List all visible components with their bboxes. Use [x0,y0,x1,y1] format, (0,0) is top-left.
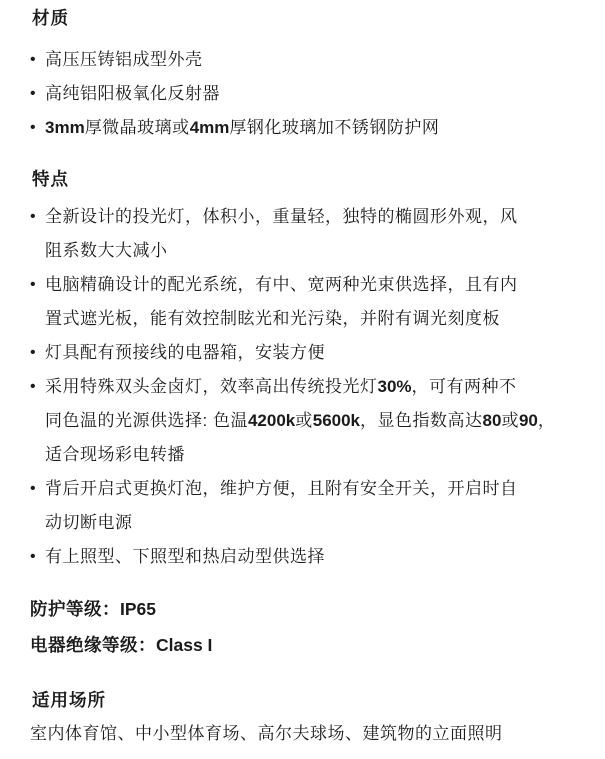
protection-rating-value: IP65 [120,599,156,619]
text-run: 电脑精确设计的配光系统，有中、宽两种光束供选择，且有内 [45,275,518,294]
bold-value: 4200k [248,411,295,430]
text-run: 全新设计的投光灯，体积小，重量轻，独特的椭圆形外观，风 [45,207,518,226]
bold-value: 3mm [45,118,85,137]
bullet-icon: • [30,43,36,77]
bullet-icon: • [30,540,36,574]
bullet-icon: • [30,111,36,145]
page: { "bullet_char": "•", "material": { "hea… [0,0,605,759]
text-run: 置式遮光板，能有效控制眩光和光污染，并附有调光刻度板 [45,309,500,328]
text-run: 或 [501,411,519,430]
bold-value: 5600k [313,411,360,430]
features-list: •全新设计的投光灯，体积小，重量轻，独特的椭圆形外观，风阻系数大大减小•电脑精确… [30,200,581,574]
section-ratings: 防护等级：IP65 电器绝缘等级：Class I [30,591,581,663]
text-run: 高压压铸铝成型外壳 [45,50,203,69]
list-item: •3mm厚微晶玻璃或4mm厚钢化玻璃加不锈钢防护网 [30,111,581,145]
text-run: 高纯铝阳极氧化反射器 [45,84,220,103]
bullet-icon: • [30,472,36,506]
insulation-class-label: 电器绝缘等级： [30,635,156,655]
protection-rating-line: 防护等级：IP65 [30,591,581,627]
text-run: 采用特殊双头金卤灯，效率高出传统投光灯 [45,377,378,396]
material-heading: 材质 [32,6,581,30]
text-run: 动切断电源 [45,513,133,532]
text-run: ，可有两种不 [412,377,517,396]
bullet-icon: • [30,77,36,111]
list-item: •全新设计的投光灯，体积小，重量轻，独特的椭圆形外观，风阻系数大大减小 [30,200,581,268]
bullet-icon: • [30,370,36,404]
bullet-icon: • [30,336,36,370]
section-applications: 适用场所 室内体育馆、中小型体育场、高尔夫球场、建筑物的立面照明 [30,688,581,747]
bold-value: 80 [483,411,502,430]
list-item: •高纯铝阳极氧化反射器 [30,77,581,111]
list-item: •高压压铸铝成型外壳 [30,43,581,77]
text-run: 阻系数大大减小 [45,241,168,260]
protection-rating-label: 防护等级： [30,599,120,619]
product-spec-document: 材质 •高压压铸铝成型外壳•高纯铝阳极氧化反射器•3mm厚微晶玻璃或4mm厚钢化… [0,0,605,747]
applications-text: 室内体育馆、中小型体育场、高尔夫球场、建筑物的立面照明 [30,721,581,747]
list-item: •采用特殊双头金卤灯，效率高出传统投光灯30%，可有两种不同色温的光源供选择: … [30,370,581,472]
text-run: 适合现场彩电转播 [45,445,185,464]
applications-heading: 适用场所 [32,688,581,712]
list-item: •背后开启式更换灯泡，维护方便，且附有安全开关，开启时自动切断电源 [30,472,581,540]
insulation-class-value: Class I [156,635,212,655]
text-run: 背后开启式更换灯泡，维护方便，且附有安全开关，开启时自 [45,479,518,498]
text-run: ， [538,411,556,430]
list-item: •灯具配有预接线的电器箱，安装方便 [30,336,581,370]
section-features: 特点 •全新设计的投光灯，体积小，重量轻，独特的椭圆形外观，风阻系数大大减小•电… [30,167,581,574]
section-material: 材质 •高压压铸铝成型外壳•高纯铝阳极氧化反射器•3mm厚微晶玻璃或4mm厚钢化… [30,6,581,145]
text-run: 或 [295,411,313,430]
insulation-class-line: 电器绝缘等级：Class I [30,627,581,663]
text-run: 同色温的光源供选择: 色温 [45,411,248,430]
bold-value: 4mm [190,118,230,137]
text-run: 灯具配有预接线的电器箱，安装方便 [45,343,325,362]
text-run: 有上照型、下照型和热启动型供选择 [45,547,325,566]
list-item: •电脑精确设计的配光系统，有中、宽两种光束供选择，且有内置式遮光板，能有效控制眩… [30,268,581,336]
bullet-icon: • [30,268,36,302]
text-run: ，显色指数高达 [360,411,483,430]
features-heading: 特点 [32,167,581,191]
text-run: 厚微晶玻璃或 [85,118,190,137]
material-list: •高压压铸铝成型外壳•高纯铝阳极氧化反射器•3mm厚微晶玻璃或4mm厚钢化玻璃加… [30,43,581,145]
bold-value: 30% [378,377,412,396]
text-run: 厚钢化玻璃加不锈钢防护网 [229,118,439,137]
list-item: •有上照型、下照型和热启动型供选择 [30,540,581,574]
bold-value: 90 [519,411,538,430]
bullet-icon: • [30,200,36,234]
